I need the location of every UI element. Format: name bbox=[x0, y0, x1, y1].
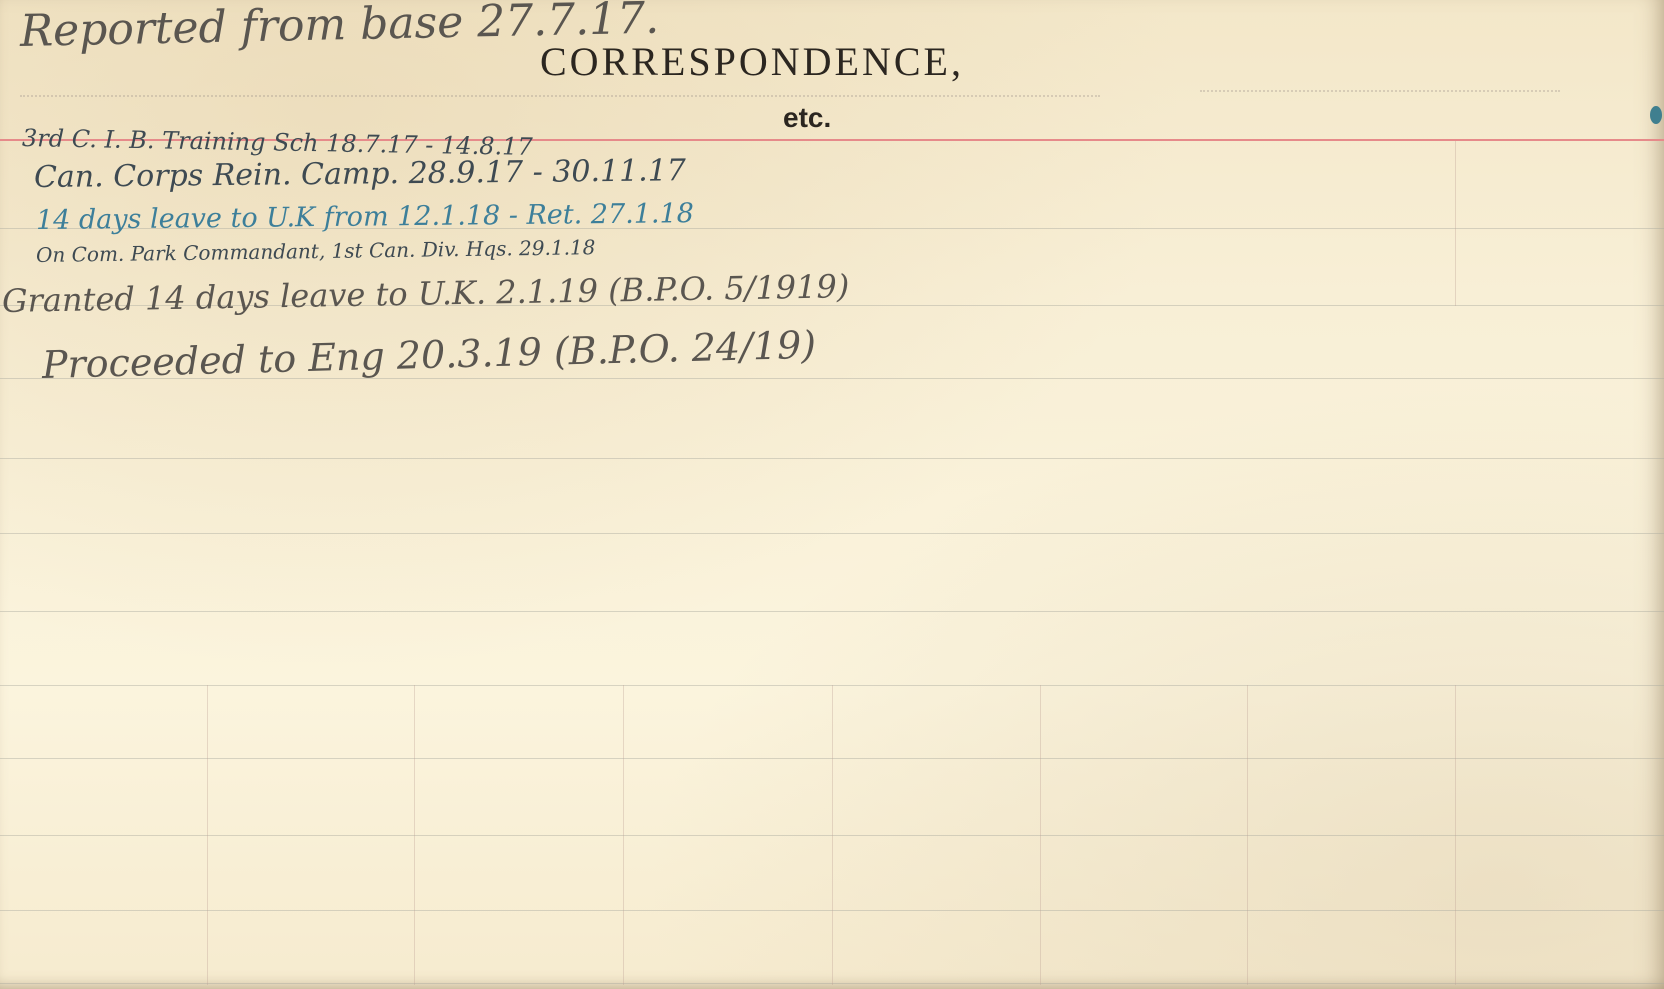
ruled-line bbox=[0, 611, 1664, 612]
entry-reinforcement-camp: Can. Corps Rein. Camp. 28.9.17 - 30.11.1… bbox=[34, 153, 686, 195]
column-divider bbox=[207, 685, 208, 985]
ruled-line bbox=[0, 533, 1664, 534]
column-divider bbox=[1455, 141, 1456, 306]
column-divider bbox=[1455, 685, 1456, 985]
entry-granted-leave: Granted 14 days leave to U.K. 2.1.19 (B.… bbox=[2, 267, 850, 320]
column-divider bbox=[1040, 685, 1041, 985]
card-title: CORRESPONDENCE, bbox=[540, 38, 964, 85]
record-card: Reported from base 27.7.17. CORRESPONDEN… bbox=[0, 0, 1664, 989]
entry-park-commandant: On Com. Park Commandant, 1st Can. Div. H… bbox=[36, 235, 596, 267]
ruled-line bbox=[0, 458, 1664, 459]
dotted-guide bbox=[1200, 90, 1560, 92]
column-divider bbox=[832, 685, 833, 985]
column-divider bbox=[414, 685, 415, 985]
dotted-guide bbox=[20, 95, 1100, 97]
card-title-suffix: etc. bbox=[783, 102, 831, 134]
column-divider bbox=[623, 685, 624, 985]
entry-leave-uk: 14 days leave to U.K from 12.1.18 - Ret.… bbox=[36, 198, 694, 236]
ink-blot bbox=[1650, 106, 1662, 124]
column-divider bbox=[1247, 685, 1248, 985]
